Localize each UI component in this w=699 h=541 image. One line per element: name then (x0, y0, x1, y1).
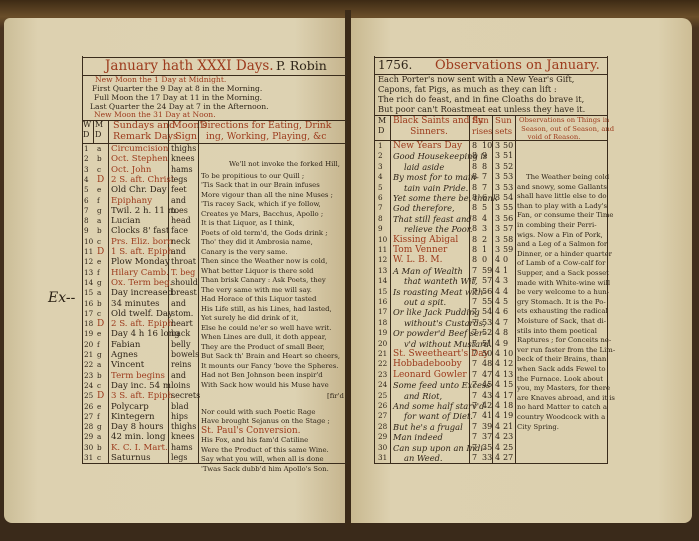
observation-line: shall have little else to do (517, 191, 607, 201)
sunset-hour: 4 (495, 391, 500, 401)
sunset-minute: 12 (503, 359, 513, 369)
sunset-minute: 58 (503, 235, 513, 245)
moon-sign: thighs (171, 144, 196, 154)
rule (607, 56, 608, 464)
sunrise-hour: 7 (472, 401, 477, 411)
week-letter: f (97, 340, 100, 350)
day-of-month: 4 (378, 172, 383, 182)
almanac-book: January hath XXXI Days. P. Robin New Moo… (0, 0, 699, 541)
remark-day: Vincent (111, 360, 144, 370)
day-of-month: 29 (84, 432, 93, 442)
sunrise-hour: 7 (472, 380, 477, 390)
sunset-hour: 3 (495, 235, 500, 245)
sunset-minute: 8 (503, 328, 508, 338)
sunset-minute: 25 (503, 443, 513, 453)
moon-sign: heart (171, 319, 193, 329)
sunrise-minute: 4 (482, 214, 487, 224)
sunrise-hour: 8 (472, 214, 477, 224)
sunrise-hour: 8 (472, 193, 477, 203)
sunrise-hour: 7 (472, 297, 477, 307)
sunset-minute: 53 (503, 172, 513, 182)
sunset-minute: 6 (503, 307, 508, 317)
remark-day: Day inc. 54 m. (111, 381, 174, 391)
remark-day: 1 S. aft. Epiph. (111, 247, 176, 257)
rule (346, 56, 347, 464)
sunrise-hour: 7 (472, 453, 477, 463)
observation-line: no hard Matter to catch a (517, 402, 607, 412)
moon-sign: belly (171, 340, 191, 350)
observation-line: Raptures ; for Conceits ne- (517, 335, 611, 345)
remark-day: Plow Monday (111, 257, 170, 267)
sunset-minute: 0 (503, 255, 508, 265)
sunset-hour: 4 (495, 349, 500, 359)
day-of-month: 12 (84, 257, 93, 267)
day-of-month: 12 (378, 255, 387, 265)
sunset-minute: 56 (503, 214, 513, 224)
saint-entry: laid aside (404, 162, 444, 172)
day-of-month: 11 (84, 247, 93, 257)
day-of-month: 21 (378, 349, 387, 359)
day-of-month: 8 (378, 214, 383, 224)
remark-day: K. C. I. Mart. (111, 443, 168, 453)
sunrise-hour: 7 (472, 307, 477, 317)
remark-day: Polycarp (111, 402, 149, 412)
sunrise-hour: 7 (472, 432, 477, 442)
poem-line: But Sack th' Brain and Heart so cheers, (201, 352, 340, 361)
sunrise-minute: 3 (482, 224, 487, 234)
saint-entry: for want of Diet. (404, 411, 473, 421)
remark-day: 34 minutes (111, 299, 160, 309)
moon-sign: reins (171, 360, 191, 370)
moon-sign: thighs (171, 422, 196, 432)
day-of-month: 14 (84, 278, 93, 288)
poem-line: 'Twas Sack dubb'd him Apollo's Son. (201, 465, 329, 474)
week-letter: D (97, 175, 104, 185)
sunset-minute: 52 (503, 162, 513, 172)
sunrise-hour: 7 (472, 411, 477, 421)
remark-day: Clocks 8' fast (111, 226, 169, 236)
day-of-month: 28 (378, 422, 387, 432)
poem-line: They are the Product of small Beer, (201, 343, 325, 352)
moon-sign: secrets (171, 391, 200, 401)
day-of-month: 5 (84, 185, 89, 195)
sunrise-hour: 7 (472, 318, 477, 328)
sunset-hour: 4 (495, 359, 500, 369)
poem-line: His Fox, and his fam'd Catiline (201, 436, 308, 445)
poem-line: His Life still, as his Lines, had lasted… (201, 305, 332, 314)
observation-line: beck of their Brains, than (517, 354, 606, 364)
sunset-hour: 4 (495, 370, 500, 380)
week-letter: g (97, 206, 102, 216)
sunset-hour: 4 (495, 453, 500, 463)
week-letter: f (97, 268, 100, 278)
week-letter: c (97, 165, 101, 175)
day-of-month: 22 (84, 360, 93, 370)
day-of-month: 13 (84, 268, 93, 278)
remark-day: Lucian (111, 216, 140, 226)
moon-sign: head (171, 216, 191, 226)
poem-line: St. Paul's Conversion. (201, 427, 301, 436)
poem-line: Then since the Weather now is cold, (201, 257, 327, 266)
author: P. Robin (276, 58, 327, 73)
moon-sign: T. beg (171, 268, 195, 278)
remark-day: Old Chr. Day (111, 185, 167, 195)
sunset-hour: 3 (495, 141, 500, 151)
sunrise-minute: 48 (482, 359, 492, 369)
col-directions: Directions for Eating, Drink ing, Workin… (200, 120, 331, 142)
poem-line: Nor could with such Poetic Rage (201, 408, 315, 417)
sunset-minute: 1 (503, 266, 508, 276)
day-of-month: 26 (378, 401, 387, 411)
sunrise-minute: 55 (482, 297, 492, 307)
sunset-hour: 4 (495, 432, 500, 442)
sunset-hour: 4 (495, 307, 500, 317)
saint-entry: relieve the Poor. (404, 224, 472, 234)
saint-entry: And some half starv'd (393, 401, 484, 411)
sunrise-minute: 50 (482, 349, 492, 359)
observation-line: than to play with a Lady's (517, 201, 607, 211)
day-of-month: 9 (378, 224, 383, 234)
sunset-hour: 4 (495, 287, 500, 297)
poem-line: It mounts our Fancy 'bove the Spheres. (201, 362, 338, 371)
week-letter: c (97, 309, 101, 319)
sunrise-hour: 7 (472, 339, 477, 349)
observation-line: wigs. Now a Fin of Pork, (517, 230, 603, 240)
saint-entry: Hobbadebooby (393, 359, 462, 369)
sunset-hour: 3 (495, 214, 500, 224)
week-letter: f (97, 412, 100, 422)
day-of-month: 14 (378, 276, 387, 286)
rule (374, 56, 375, 464)
sunrise-minute: 0 (482, 255, 487, 265)
saint-entry: and Riot, (404, 391, 442, 401)
sunrise-hour: 8 (472, 203, 477, 213)
poem-line: Else he could ne'er so well have writ. (201, 324, 331, 333)
sunset-minute: 10 (503, 349, 513, 359)
day-of-month: 31 (378, 453, 387, 463)
sunrise-minute: 1 (482, 245, 487, 255)
sunset-minute: 50 (503, 141, 513, 151)
sunrise-minute: 7 (482, 172, 487, 182)
saint-entry: Man indeed (393, 432, 443, 442)
sunset-hour: 4 (495, 339, 500, 349)
saint-entry: v'd without Mustard. (404, 339, 492, 349)
saint-entry: W. L. B. M. (393, 255, 443, 265)
remark-day: Kintegern (111, 412, 154, 422)
day-of-month: 22 (378, 359, 387, 369)
moon-sign: hips (171, 412, 188, 422)
moon-sign: hams (171, 165, 193, 175)
poem-line: The very same with me will say. (201, 286, 312, 295)
sunset-hour: 4 (495, 411, 500, 421)
day-of-month: 30 (378, 443, 387, 453)
sunrise-minute: 59 (482, 266, 492, 276)
handwritten-note: Ex-- (48, 290, 75, 306)
week-letter: a (97, 144, 101, 154)
week-letter: e (97, 185, 101, 195)
day-of-month: 6 (84, 196, 89, 206)
observation-line: Dinner, or a hinder quarter (517, 249, 612, 259)
sunset-hour: 4 (495, 328, 500, 338)
sunset-minute: 55 (503, 203, 513, 213)
poem-line: What better Liquor is there sold (201, 267, 314, 276)
moon-sign: neck (171, 237, 190, 247)
sunset-minute: 54 (503, 193, 513, 203)
poem-line: Say what you will, when all is done (201, 455, 324, 464)
poem-line: 'Tis racey Sack, which if ye follow, (201, 200, 321, 209)
sunrise-minute: 10 (482, 141, 492, 151)
observation-line: The Weather being cold (526, 172, 609, 182)
day-of-month: 15 (84, 288, 93, 298)
day-of-month: 17 (84, 309, 93, 319)
sunset-minute: 7 (503, 318, 508, 328)
rule (82, 56, 83, 464)
day-of-month: 24 (378, 380, 387, 390)
sunrise-minute: 57 (482, 276, 492, 286)
moon-sign: feet (171, 185, 187, 195)
observation-line: be very welcome to a hun- (517, 287, 609, 297)
moon-sign: knees (171, 154, 195, 164)
sunrise-minute: 41 (482, 411, 492, 421)
day-of-month: 3 (84, 165, 89, 175)
week-letter: g (97, 422, 102, 432)
sunset-hour: 3 (495, 203, 500, 213)
moon-sign: knees (171, 432, 195, 442)
col-observations: Observations on Things in Season, out of… (519, 116, 614, 142)
poem-line: To be propitious to our Quill ; (201, 172, 304, 181)
sunrise-minute: 8 (482, 162, 487, 172)
rule (108, 120, 109, 463)
day-of-month: 4 (84, 175, 89, 185)
sunrise-minute: 42 (482, 401, 492, 411)
moon-sign: stom. (171, 309, 193, 319)
saint-entry: tain vain Pride. (404, 183, 468, 193)
day-of-month: 30 (84, 443, 93, 453)
poem-line: [fir'd (327, 392, 344, 401)
day-of-month: 11 (378, 245, 387, 255)
saint-entry: Or like Jack Pudding (393, 307, 480, 317)
poem-line: Have brought Sejanus on the Stage ; (201, 417, 330, 426)
sunrise-minute: 33 (482, 453, 492, 463)
sunset-hour: 3 (495, 172, 500, 182)
sunrise-hour: 8 (472, 141, 477, 151)
sunset-hour: 3 (495, 224, 500, 234)
saint-entry: New Years Day (393, 141, 462, 151)
day-of-month: 29 (378, 432, 387, 442)
sunrise-hour: 7 (472, 276, 477, 286)
remark-day: 42 min. long (111, 432, 166, 442)
poem-line: Tho' they did it Ambrosia name, (201, 238, 313, 247)
remark-day: Oct. Stephen (111, 154, 168, 164)
sunset-hour: 4 (495, 255, 500, 265)
day-of-month: 10 (378, 235, 387, 245)
week-letter: a (97, 432, 101, 442)
week-letter: b (97, 443, 102, 453)
sunrise-minute: 39 (482, 422, 492, 432)
week-letter: a (97, 216, 101, 226)
week-letter: b (97, 226, 102, 236)
col-sun-sets: Sunsets (495, 116, 512, 138)
poem-line: Had not Ben Johnson been inspir'd (201, 371, 323, 380)
sunrise-hour: 8 (472, 183, 477, 193)
observation-line: City Spring. (517, 422, 559, 432)
day-of-month: 1 (84, 144, 89, 154)
poem-line: More vigour than all the nine Muses ; (201, 191, 333, 200)
sunrise-minute: 35 (482, 443, 492, 453)
sunset-minute: 13 (503, 370, 513, 380)
week-letter: c (97, 381, 101, 391)
week-letter: f (97, 196, 100, 206)
sunrise-hour: 8 (472, 235, 477, 245)
moon-sign: legs (171, 175, 188, 185)
moon-sign: hams (171, 443, 193, 453)
poem-line: Poets of old term'd, the Gods drink ; (201, 229, 328, 238)
observation-line: when Sack adds Fewel to (517, 364, 606, 374)
day-of-month: 5 (378, 183, 383, 193)
day-of-month: 21 (84, 350, 93, 360)
week-letter: e (97, 402, 101, 412)
sunset-hour: 4 (495, 297, 500, 307)
sunrise-hour: 7 (472, 359, 477, 369)
saint-entry: But he's a frugal (393, 422, 463, 432)
remark-day: Day 8 hours (111, 422, 164, 432)
moon-sign: legs (171, 453, 188, 463)
sunset-minute: 23 (503, 432, 513, 442)
sunrise-hour: 8 (472, 162, 477, 172)
sunset-minute: 21 (503, 422, 513, 432)
moon-sign: blad (171, 402, 189, 412)
sunrise-minute: 2 (482, 235, 487, 245)
sunrise-minute: 37 (482, 432, 492, 442)
day-of-month: 27 (84, 412, 93, 422)
col-wd: WD (83, 120, 91, 140)
remark-day: Old twelf. Day (111, 309, 173, 319)
week-letter: D (97, 247, 104, 257)
day-of-month: 31 (84, 453, 93, 463)
sunrise-hour: 7 (472, 328, 477, 338)
day-of-month: 7 (84, 206, 89, 216)
observation-line: stils into them poetical (517, 326, 597, 336)
moon-sign: toes (171, 206, 188, 216)
sunset-minute: 5 (503, 297, 508, 307)
day-of-month: 28 (84, 422, 93, 432)
day-of-month: 23 (84, 371, 93, 381)
moon-sign: face (171, 226, 188, 236)
sunrise-minute: 6 (482, 193, 487, 203)
sunrise-hour: 7 (472, 443, 477, 453)
col-md: MD (95, 120, 103, 140)
sunset-hour: 4 (495, 422, 500, 432)
remark-day: Day increased (111, 288, 173, 298)
sunset-minute: 17 (503, 391, 513, 401)
day-of-month: 19 (84, 329, 93, 339)
moon-sign: should (171, 278, 198, 288)
rule (93, 120, 94, 143)
sunrise-minute: 51 (482, 339, 492, 349)
sunrise-minute: 52 (482, 328, 492, 338)
sunset-minute: 9 (503, 339, 508, 349)
week-letter: D (97, 319, 104, 329)
day-of-month: 13 (378, 266, 387, 276)
week-letter: b (97, 154, 102, 164)
sunset-minute: 53 (503, 183, 513, 193)
moon-sign: throat (171, 257, 196, 267)
remark-day: Epiphany (111, 196, 152, 206)
sunset-hour: 4 (495, 266, 500, 276)
sunrise-minute: 47 (482, 370, 492, 380)
sunrise-hour: 7 (472, 422, 477, 432)
week-letter: b (97, 299, 102, 309)
sunrise-hour: 7 (472, 391, 477, 401)
poem-line: Were the Product of this same Wine. (201, 446, 329, 455)
day-of-month: 10 (84, 237, 93, 247)
week-letter: c (97, 237, 101, 247)
saint-entry: A Man of Wealth (393, 266, 463, 276)
day-of-month: 26 (84, 402, 93, 412)
sunrise-minute: 54 (482, 307, 492, 317)
poem-line: Than brisk Canary : Ask Poets, they (201, 276, 326, 285)
day-of-month: 27 (378, 411, 387, 421)
rule (374, 463, 608, 464)
observation-line: Supper, and a Sack posset (517, 268, 609, 278)
saint-entry: God therefore, (393, 203, 455, 213)
moon-phase: New Moon the 31 Day at Noon. (94, 110, 216, 120)
sunrise-hour: 8 (472, 224, 477, 234)
sunset-minute: 19 (503, 411, 513, 421)
sunrise-hour: 8 (472, 255, 477, 265)
sunrise-hour: 8 (472, 151, 477, 161)
remark-day: Circumcision (111, 144, 168, 154)
observation-line: you, my Masters, for there (517, 383, 610, 393)
day-of-month: 18 (84, 319, 93, 329)
sunset-minute: 59 (503, 245, 513, 255)
observation-line: and a Leg of a Salmon for (517, 239, 607, 249)
poem-line: 'Tis Sack that in our Brain infuses (201, 181, 320, 190)
observation-line: are Knaves abroad, and it is (517, 393, 615, 403)
sunset-hour: 4 (495, 318, 500, 328)
sunrise-minute: 5 (482, 203, 487, 213)
sunrise-hour: 7 (472, 349, 477, 359)
week-letter: D (97, 391, 104, 401)
week-letter: g (97, 350, 102, 360)
rule (198, 120, 199, 463)
remark-day: Agnes (111, 350, 138, 360)
observation-line: made with White-wine will (517, 278, 610, 288)
sunrise-hour: 7 (472, 266, 477, 276)
poem-line: We'll not invoke the forked Hill, (229, 160, 340, 169)
day-of-month: 2 (378, 151, 383, 161)
rule (390, 116, 391, 464)
day-of-month: 25 (84, 391, 93, 401)
verse-line: But poor can't Roastmeat eat unless they… (378, 105, 585, 115)
poem-line: Had Horace of this Liquor tasted (201, 295, 316, 304)
saint-entry: out a spit. (404, 297, 446, 307)
day-of-month: 16 (378, 297, 387, 307)
week-letter: a (97, 360, 101, 370)
observation-line: and snowy, some Gallants (517, 182, 607, 192)
day-of-month: 17 (378, 307, 387, 317)
observation-line: ets exhausting the radical (517, 306, 608, 316)
day-of-month: 3 (378, 162, 383, 172)
sunset-minute: 51 (503, 151, 513, 161)
saint-entry: that wanteth Wit, (404, 276, 478, 286)
saint-entry: Tom Venner (393, 245, 447, 255)
remark-day: Oct. John (111, 165, 151, 175)
day-of-month: 20 (378, 339, 387, 349)
rule (515, 116, 516, 464)
sunrise-minute: 7 (482, 183, 487, 193)
day-of-month: 7 (378, 203, 383, 213)
